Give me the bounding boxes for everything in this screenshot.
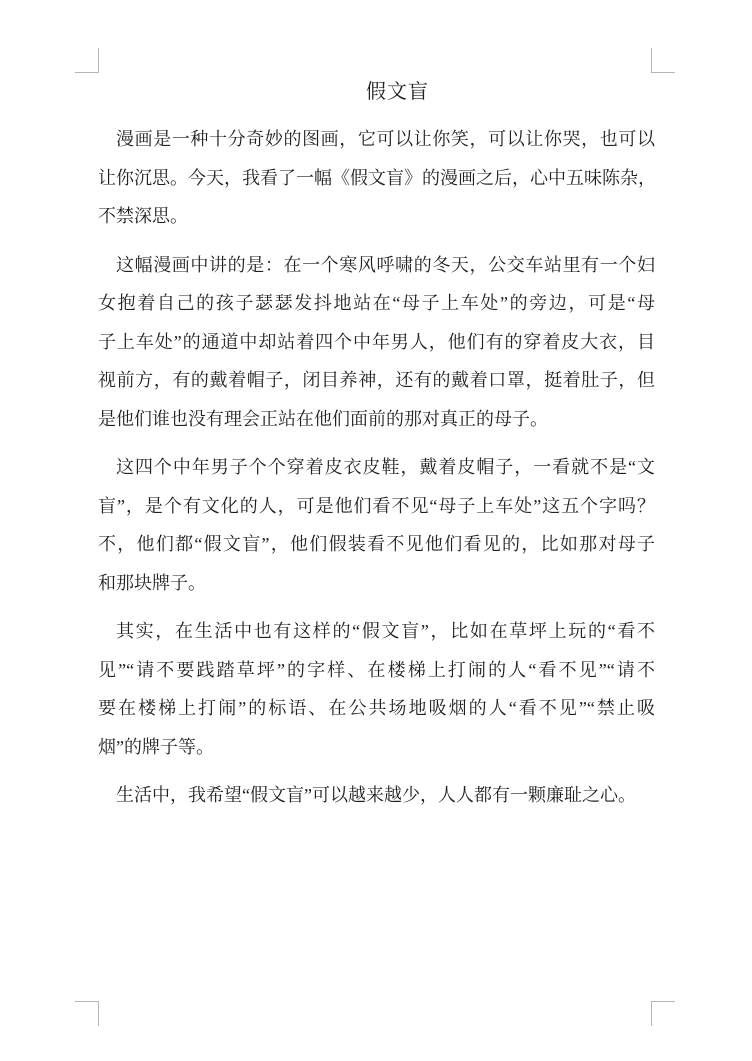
crop-mark-bottom-left xyxy=(75,1001,99,1026)
text-line: 子上车处”的通道中却站着四个中年男人，他们有的穿着皮大衣，目 xyxy=(98,323,655,362)
paragraph: 这四个中年男子个个穿着皮衣皮鞋，戴着皮帽子，一看就不是“文盲”，是个有文化的人，… xyxy=(98,448,655,602)
text-line: 这四个中年男子个个穿着皮衣皮鞋，戴着皮帽子，一看就不是“文 xyxy=(98,448,655,487)
text-line: 和那块牌子。 xyxy=(98,564,655,603)
crop-mark-top-left xyxy=(75,48,99,73)
text-line: 不，他们都“假文盲”，他们假装看不见他们看见的，比如那对母子 xyxy=(98,525,655,564)
document-title: 假文盲 xyxy=(98,72,655,112)
text-line: 这幅漫画中讲的是：在一个寒风呼啸的冬天，公交车站里有一个妇 xyxy=(98,246,655,285)
paragraph: 其实，在生活中也有这样的“假文盲”，比如在草坪上玩的“看不见”“请不要践踏草坪”… xyxy=(98,612,655,766)
text-line: 女抱着自己的孩子瑟瑟发抖地站在“母子上车处”的旁边，可是“母 xyxy=(98,284,655,323)
document-page: 假文盲 漫画是一种十分奇妙的图画，它可以让你笑，可以让你哭，也可以让你沉思。今天… xyxy=(0,0,752,1061)
crop-mark-bottom-right xyxy=(651,1001,675,1026)
text-line: 烟”的牌子等。 xyxy=(98,728,655,767)
paragraph: 漫画是一种十分奇妙的图画，它可以让你笑，可以让你哭，也可以让你沉思。今天，我看了… xyxy=(98,120,655,236)
text-line: 其实，在生活中也有这样的“假文盲”，比如在草坪上玩的“看不 xyxy=(98,612,655,651)
crop-mark-top-right xyxy=(651,48,675,73)
text-line: 盲”，是个有文化的人，可是他们看不见“母子上车处”这五个字吗？ xyxy=(98,487,655,526)
text-line: 生活中，我希望“假文盲”可以越来越少，人人都有一颗廉耻之心。 xyxy=(98,776,655,815)
text-area: 假文盲 漫画是一种十分奇妙的图画，它可以让你笑，可以让你哭，也可以让你沉思。今天… xyxy=(98,72,655,825)
text-line: 不禁深思。 xyxy=(98,197,655,236)
text-line: 见”“请不要践踏草坪”的字样、在楼梯上打闹的人“看不见”“请不 xyxy=(98,651,655,690)
paragraph: 生活中，我希望“假文盲”可以越来越少，人人都有一颗廉耻之心。 xyxy=(98,776,655,815)
text-line: 是他们谁也没有理会正站在他们面前的那对真正的母子。 xyxy=(98,400,655,439)
paragraph: 这幅漫画中讲的是：在一个寒风呼啸的冬天，公交车站里有一个妇女抱着自己的孩子瑟瑟发… xyxy=(98,246,655,439)
text-line: 视前方，有的戴着帽子，闭目养神，还有的戴着口罩，挺着肚子，但 xyxy=(98,361,655,400)
text-line: 让你沉思。今天，我看了一幅《假文盲》的漫画之后，心中五味陈杂， xyxy=(98,159,655,198)
text-line: 要在楼梯上打闹”的标语、在公共场地吸烟的人“看不见”“禁止吸 xyxy=(98,689,655,728)
document-body: 漫画是一种十分奇妙的图画，它可以让你笑，可以让你哭，也可以让你沉思。今天，我看了… xyxy=(98,120,655,815)
text-line: 漫画是一种十分奇妙的图画，它可以让你笑，可以让你哭，也可以 xyxy=(98,120,655,159)
